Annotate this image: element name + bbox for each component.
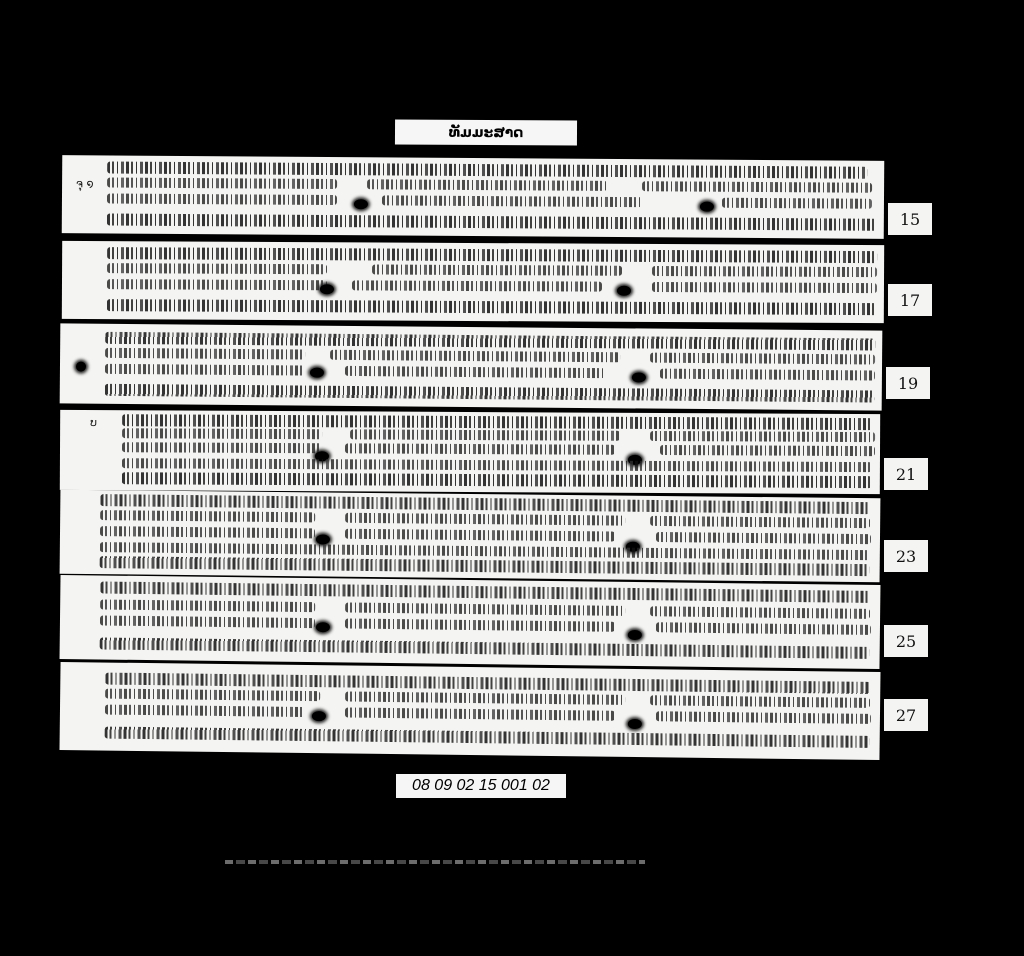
palm-leaf-page-27 [59, 662, 880, 760]
script-line [122, 442, 322, 453]
script-line [652, 282, 877, 293]
script-line [100, 510, 315, 522]
binding-hole [316, 534, 330, 544]
binding-hole [320, 284, 334, 294]
script-line [656, 711, 871, 724]
script-line [107, 193, 337, 205]
script-line [345, 366, 605, 378]
script-line [345, 513, 625, 526]
page-number-25: 25 [884, 625, 928, 657]
script-line [345, 618, 615, 631]
script-line [345, 443, 615, 454]
script-line [105, 364, 305, 376]
catalog-number-label: 08 09 02 15 001 02 [396, 774, 566, 798]
script-line [100, 615, 315, 628]
palm-leaf-page-19 [60, 323, 883, 410]
manuscript-title-label: ທັມມະສາດ [395, 120, 577, 146]
script-line [350, 429, 620, 440]
script-line [650, 606, 870, 619]
script-line [107, 213, 877, 230]
palm-leaf-page-15: ຈຸ​ ໑ [62, 155, 885, 239]
script-line [105, 348, 305, 360]
script-line [100, 526, 315, 538]
script-line [330, 350, 620, 363]
script-line [100, 581, 870, 602]
page-number-21: 21 [884, 458, 928, 490]
binding-hole [312, 711, 326, 721]
script-line [100, 637, 870, 658]
script-line [345, 707, 615, 720]
script-line [372, 264, 622, 275]
script-line [345, 529, 615, 542]
binding-hole [354, 199, 368, 209]
script-line [660, 369, 875, 381]
binding-hole [632, 372, 646, 382]
script-line [656, 622, 871, 635]
page-number-27: 27 [884, 699, 928, 731]
palm-leaf-page-21: ບ [60, 410, 880, 494]
script-line [352, 280, 602, 291]
script-line [345, 691, 625, 704]
script-line [642, 181, 872, 193]
margin-note: ບ [90, 416, 97, 429]
margin-note: ຈຸ​ ໑ [76, 177, 94, 190]
script-line [100, 556, 870, 576]
script-line [107, 299, 877, 315]
binding-hole [700, 202, 714, 212]
script-line [122, 472, 872, 488]
binding-hole [617, 286, 631, 296]
script-line [650, 353, 875, 365]
palm-leaf-page-23 [60, 490, 881, 583]
page-number-19: 19 [886, 367, 930, 399]
script-line [382, 195, 642, 207]
script-line [650, 695, 870, 708]
scan-artifact-streak [225, 860, 645, 864]
script-line [650, 431, 875, 442]
script-line [100, 599, 315, 612]
script-line [105, 332, 875, 351]
script-line [107, 247, 877, 263]
binding-hole [316, 622, 330, 632]
page-number-15: 15 [888, 203, 932, 235]
script-line [122, 458, 872, 472]
script-line [107, 263, 327, 274]
page-number-17: 17 [888, 284, 932, 316]
script-line [652, 266, 877, 277]
script-line [105, 727, 870, 748]
script-line [367, 179, 607, 191]
script-line [105, 384, 875, 403]
script-line [105, 689, 320, 702]
script-line [122, 414, 872, 430]
script-line [107, 177, 337, 189]
palm-leaf-page-25 [60, 575, 881, 669]
binding-hole [76, 362, 86, 372]
script-line [105, 705, 305, 717]
script-line [656, 532, 871, 544]
script-line [660, 445, 875, 456]
binding-hole [628, 719, 642, 729]
script-line [650, 516, 870, 528]
script-line [107, 161, 867, 178]
page-number-23: 23 [884, 540, 928, 572]
binding-hole [310, 368, 324, 378]
script-line [345, 602, 625, 615]
binding-hole [628, 630, 642, 640]
palm-leaf-page-17 [62, 241, 884, 323]
script-line [122, 428, 322, 439]
script-line [107, 279, 327, 290]
script-line [722, 198, 872, 209]
